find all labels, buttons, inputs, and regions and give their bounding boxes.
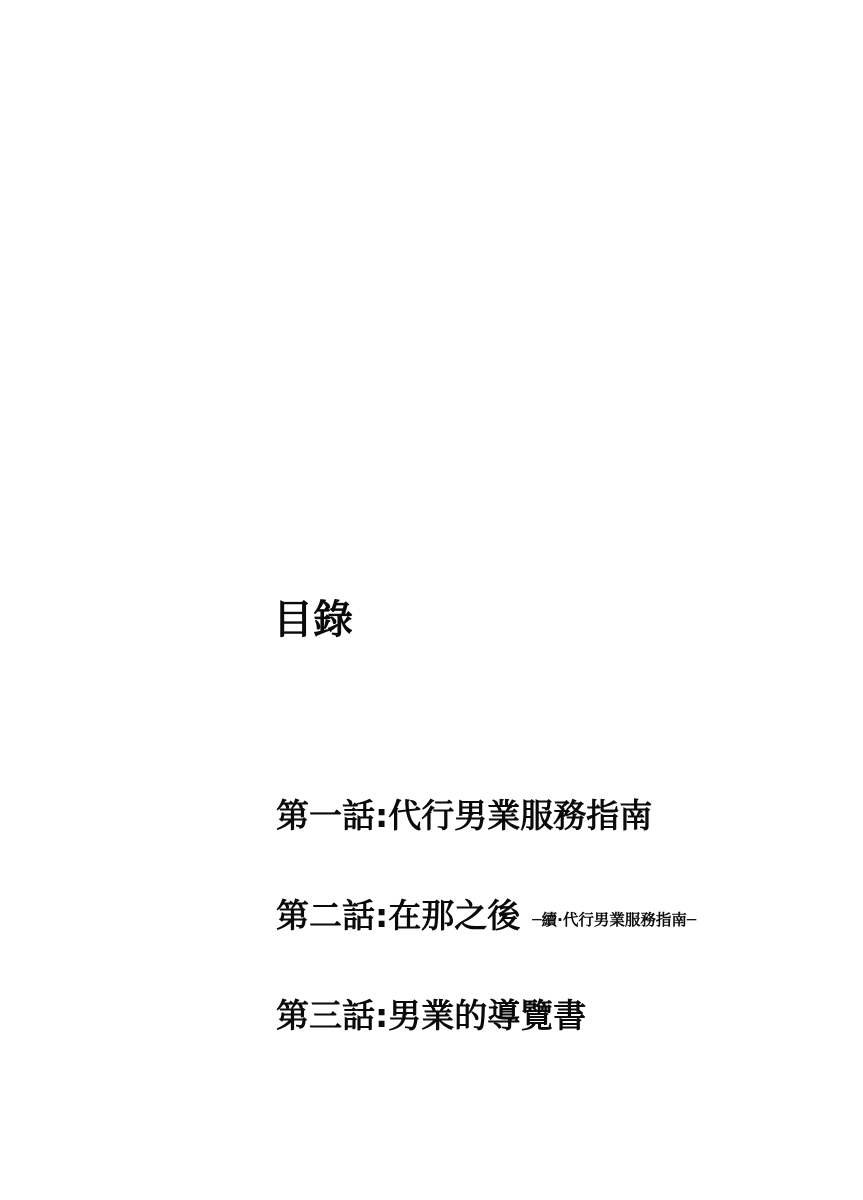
chapter-title: 第一話:代行男業服務指南 xyxy=(276,796,652,835)
chapter-title: 第二話:在那之後 xyxy=(276,896,520,935)
toc-entry-chapter-2: 第二話:在那之後─續·代行男業服務指南─ xyxy=(276,894,696,942)
chapter-subtitle: ─續·代行男業服務指南─ xyxy=(532,911,696,929)
book-page: 目錄 第一話:代行男業服務指南 第二話:在那之後─續·代行男業服務指南─ 第三話… xyxy=(0,0,863,1200)
toc-entry-chapter-3: 第三話:男業的導覽書 xyxy=(276,994,586,1038)
chapter-title: 第三話:男業的導覽書 xyxy=(276,996,586,1035)
toc-entry-chapter-1: 第一話:代行男業服務指南 xyxy=(276,794,652,838)
table-of-contents-heading: 目錄 xyxy=(273,594,353,646)
